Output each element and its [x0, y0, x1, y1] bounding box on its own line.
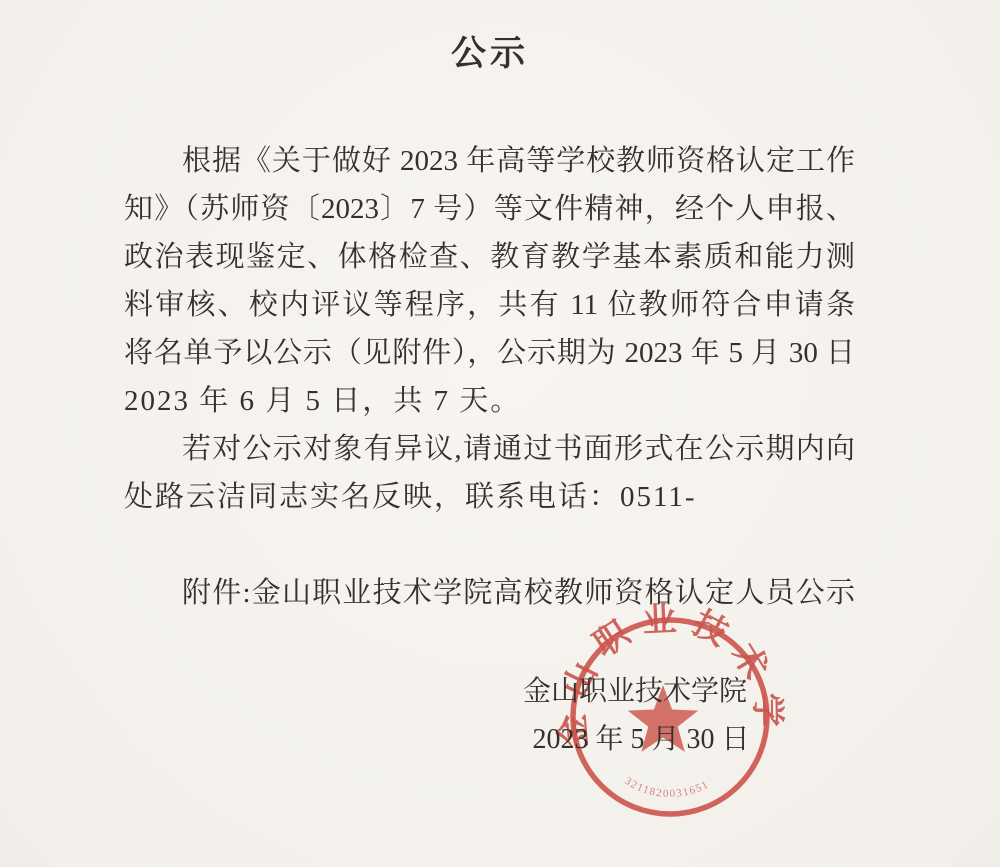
- document-page: 公示 根据《关于做好 2023 年高等学校教师资格认定工作的通 知》（苏师资〔2…: [0, 0, 1000, 867]
- body-line: 若对公示对象有异议,请通过书面形式在公示期内向人事: [124, 425, 855, 473]
- body-line: 将名单予以公示（见附件），公示期为 2023 年 5 月 30 日至: [124, 329, 855, 377]
- body-line: 处路云洁同志实名反映，联系电话：0511-88361668。: [124, 473, 855, 521]
- body-line: 2023 年 6 月 5 日，共 7 天。: [124, 377, 855, 425]
- page-title: 公示: [0, 26, 990, 76]
- document-body: 根据《关于做好 2023 年高等学校教师资格认定工作的通 知》（苏师资〔2023…: [124, 137, 855, 617]
- signature-block: 金山职业技术学院 2023 年 5 月 30 日: [505, 668, 765, 764]
- seal-serial-number: 3211820031651: [622, 775, 711, 800]
- body-line: 知》（苏师资〔2023〕7 号）等文件精神，经个人申报、思想: [124, 185, 855, 233]
- body-line: 政治表现鉴定、体格检查、教育教学基本素质和能力测试、材: [124, 233, 855, 281]
- body-line: 根据《关于做好 2023 年高等学校教师资格认定工作的通: [124, 137, 855, 185]
- signature-org: 金山职业技术学院: [505, 668, 765, 716]
- body-line: 料审核、校内评议等程序，共有 11 位教师符合申请条件。现: [124, 281, 855, 329]
- signature-date: 2023 年 5 月 30 日: [511, 716, 771, 764]
